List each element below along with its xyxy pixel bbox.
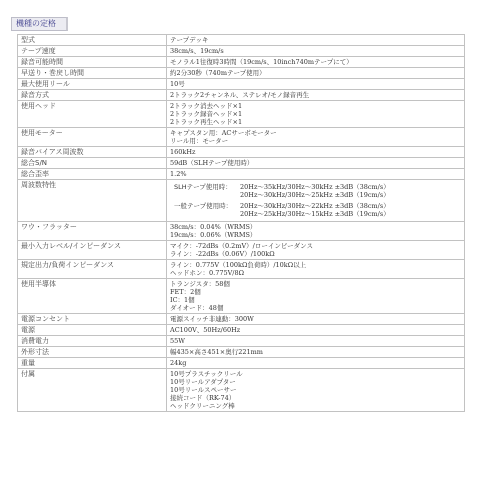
spec-value: 10号プラスチックリール10号リールアダプター10号リールスペーサー接続コード（… [167,369,465,412]
spec-value-line: 160kHz [170,148,461,156]
spec-table: 型式テープデッキテープ速度38cm/s、19cm/s録音可能時間モノラル1往復時… [17,34,465,412]
spec-label: 使用半導体 [18,279,167,314]
spec-row: 電源コンセント電源スイッチ非連動：300W [18,314,465,325]
spec-value: 160kHz [167,147,465,158]
spec-label: 付属 [18,369,167,412]
spec-label: 総合S/N [18,158,167,169]
spec-value: 38cm/s、19cm/s [167,46,465,57]
spec-label: 外形寸法 [18,347,167,358]
spec-value-frequency: SLHテープ使用時：20Hz～35kHz/30Hz～30kHz ±3dB（38c… [167,180,465,222]
spec-value-line: テープデッキ [170,36,461,44]
spec-value-line: 約2分30秒（740mテープ使用） [170,69,461,77]
spec-label: 総合歪率 [18,169,167,180]
spec-row: 最大使用リール10号 [18,79,465,90]
spec-value-line: 2トラック録音ヘッド×1 [170,110,461,118]
spec-page: 機種の定格 型式テープデッキテープ速度38cm/s、19cm/s録音可能時間モノ… [0,0,479,412]
spec-value: AC100V、50Hz/60Hz [167,325,465,336]
spec-value: 55W [167,336,465,347]
spec-row: ワウ・フラッター38cm/s：0.04%（WRMS）19cm/s：0.06%（W… [18,222,465,241]
spec-label: 録音方式 [18,90,167,101]
spec-value-line: 2トラック2チャンネル、ステレオ/モノ録音再生 [170,91,461,99]
spec-row-frequency: 周波数特性SLHテープ使用時：20Hz～35kHz/30Hz～30kHz ±3d… [18,180,465,222]
spec-value-line: 38cm/s：0.04%（WRMS） [170,223,461,231]
spec-value-line: 19cm/s：0.06%（WRMS） [170,231,461,239]
spec-label: 規定出力/負荷インピーダンス [18,260,167,279]
spec-value-line: 10号リールスペーサー [170,386,461,394]
spec-value-line: FET：2個 [170,288,461,296]
frequency-value: 20Hz～25kHz/30Hz～15kHz ±3dB（19cm/s） [240,210,390,218]
spec-value-line: 59dB（SLHテープ使用時） [170,159,461,167]
frequency-value: 20Hz～30kHz/30Hz～25kHz ±3dB（19cm/s） [240,191,390,199]
spec-label: 型式 [18,35,167,46]
spec-value: 約2分30秒（740mテープ使用） [167,68,465,79]
frequency-value: 20Hz～35kHz/30Hz～30kHz ±3dB（38cm/s） [240,183,390,191]
frequency-group: SLHテープ使用時：20Hz～35kHz/30Hz～30kHz ±3dB（38c… [170,183,461,199]
spec-row: 重量24kg [18,358,465,369]
spec-row: 使用モーターキャプスタン用：ACサーボモーターリール用：モーター [18,128,465,147]
spec-row: 最小入力レベル/インピーダンスマイク：-72dBs（0.2mV）/ローインピーダ… [18,241,465,260]
spec-value-line: ライン：-22dBs（0.06V）/100kΩ [170,250,461,258]
spec-value-line: 1.2% [170,170,461,178]
spec-label: 消費電力 [18,336,167,347]
spec-value-line: キャプスタン用：ACサーボモーター [170,129,461,137]
frequency-condition: 一般テープ使用時： [174,202,240,210]
spec-value-line: 10号リールアダプター [170,378,461,386]
spec-value: 10号 [167,79,465,90]
spec-label: 電源コンセント [18,314,167,325]
spec-label: 使用ヘッド [18,101,167,128]
spec-label: 重量 [18,358,167,369]
spec-label: ワウ・フラッター [18,222,167,241]
spec-value-line: リール用：モーター [170,137,461,145]
spec-row: 録音方式2トラック2チャンネル、ステレオ/モノ録音再生 [18,90,465,101]
spec-value: モノラル1往復時3時間（19cm/s、10inch740mテープにて） [167,57,465,68]
spec-value-line: ダイオード：48個 [170,304,461,312]
spec-value-line: 接続コード（RK-74） [170,394,461,402]
spec-value: 幅435×高さ451×奥行221mm [167,347,465,358]
spec-value-line: トランジスタ：58個 [170,280,461,288]
spec-value: ライン：0.775V（100kΩ負荷時）/10kΩ以上ヘッドホン：0.775V/… [167,260,465,279]
spec-row: 型式テープデッキ [18,35,465,46]
spec-value-line: 2トラック消去ヘッド×1 [170,102,461,110]
spec-value: 24kg [167,358,465,369]
spec-value-line: 55W [170,337,461,345]
spec-value-line: IC：1個 [170,296,461,304]
spec-label: 最大使用リール [18,79,167,90]
spec-label: 電源 [18,325,167,336]
spec-value-line: 24kg [170,359,461,367]
spec-value: 2トラック消去ヘッド×12トラック録音ヘッド×12トラック再生ヘッド×1 [167,101,465,128]
frequency-value: 20Hz～30kHz/30Hz～22kHz ±3dB（38cm/s） [240,202,390,210]
section-tab-ratings: 機種の定格 [11,17,68,31]
spec-row: 早送り・巻戻し時間約2分30秒（740mテープ使用） [18,68,465,79]
spec-row: 録音バイアス周波数160kHz [18,147,465,158]
spec-label: 最小入力レベル/インピーダンス [18,241,167,260]
frequency-condition: SLHテープ使用時： [174,183,240,191]
spec-row: 録音可能時間モノラル1往復時3時間（19cm/s、10inch740mテープにて… [18,57,465,68]
spec-value: 電源スイッチ非連動：300W [167,314,465,325]
frequency-group: 一般テープ使用時：20Hz～30kHz/30Hz～22kHz ±3dB（38cm… [170,202,461,218]
frequency-condition [174,210,240,218]
spec-row: 消費電力55W [18,336,465,347]
spec-row: 電源AC100V、50Hz/60Hz [18,325,465,336]
spec-value-line: 10号プラスチックリール [170,370,461,378]
spec-label: 周波数特性 [18,180,167,222]
spec-label: 録音可能時間 [18,57,167,68]
spec-value: 2トラック2チャンネル、ステレオ/モノ録音再生 [167,90,465,101]
spec-value-line: 幅435×高さ451×奥行221mm [170,348,461,356]
spec-label: 早送り・巻戻し時間 [18,68,167,79]
spec-row: 使用半導体トランジスタ：58個FET：2個IC：1個ダイオード：48個 [18,279,465,314]
spec-row: 外形寸法幅435×高さ451×奥行221mm [18,347,465,358]
spec-value: 59dB（SLHテープ使用時） [167,158,465,169]
spec-value-line: 38cm/s、19cm/s [170,47,461,55]
spec-value: テープデッキ [167,35,465,46]
spec-label: テープ速度 [18,46,167,57]
spec-row: 規定出力/負荷インピーダンスライン：0.775V（100kΩ負荷時）/10kΩ以… [18,260,465,279]
spec-value-line: 電源スイッチ非連動：300W [170,315,461,323]
spec-value: マイク：-72dBs（0.2mV）/ローインピーダンスライン：-22dBs（0.… [167,241,465,260]
spec-value-line: 10号 [170,80,461,88]
spec-value-line: モノラル1往復時3時間（19cm/s、10inch740mテープにて） [170,58,461,66]
spec-row: 総合歪率1.2% [18,169,465,180]
spec-value-line: AC100V、50Hz/60Hz [170,326,461,334]
spec-value-line: ヘッドホン：0.775V/8Ω [170,269,461,277]
spec-label: 使用モーター [18,128,167,147]
spec-label: 録音バイアス周波数 [18,147,167,158]
spec-row: 付属10号プラスチックリール10号リールアダプター10号リールスペーサー接続コー… [18,369,465,412]
spec-value: キャプスタン用：ACサーボモーターリール用：モーター [167,128,465,147]
frequency-condition [174,191,240,199]
spec-value: 38cm/s：0.04%（WRMS）19cm/s：0.06%（WRMS） [167,222,465,241]
spec-value-line: マイク：-72dBs（0.2mV）/ローインピーダンス [170,242,461,250]
spec-row: テープ速度38cm/s、19cm/s [18,46,465,57]
spec-value-line: 2トラック再生ヘッド×1 [170,118,461,126]
spec-value-line: ヘッドクリーニング棒 [170,402,461,410]
spec-value: 1.2% [167,169,465,180]
spec-value: トランジスタ：58個FET：2個IC：1個ダイオード：48個 [167,279,465,314]
spec-row: 総合S/N59dB（SLHテープ使用時） [18,158,465,169]
spec-row: 使用ヘッド2トラック消去ヘッド×12トラック録音ヘッド×12トラック再生ヘッド×… [18,101,465,128]
spec-value-line: ライン：0.775V（100kΩ負荷時）/10kΩ以上 [170,261,461,269]
